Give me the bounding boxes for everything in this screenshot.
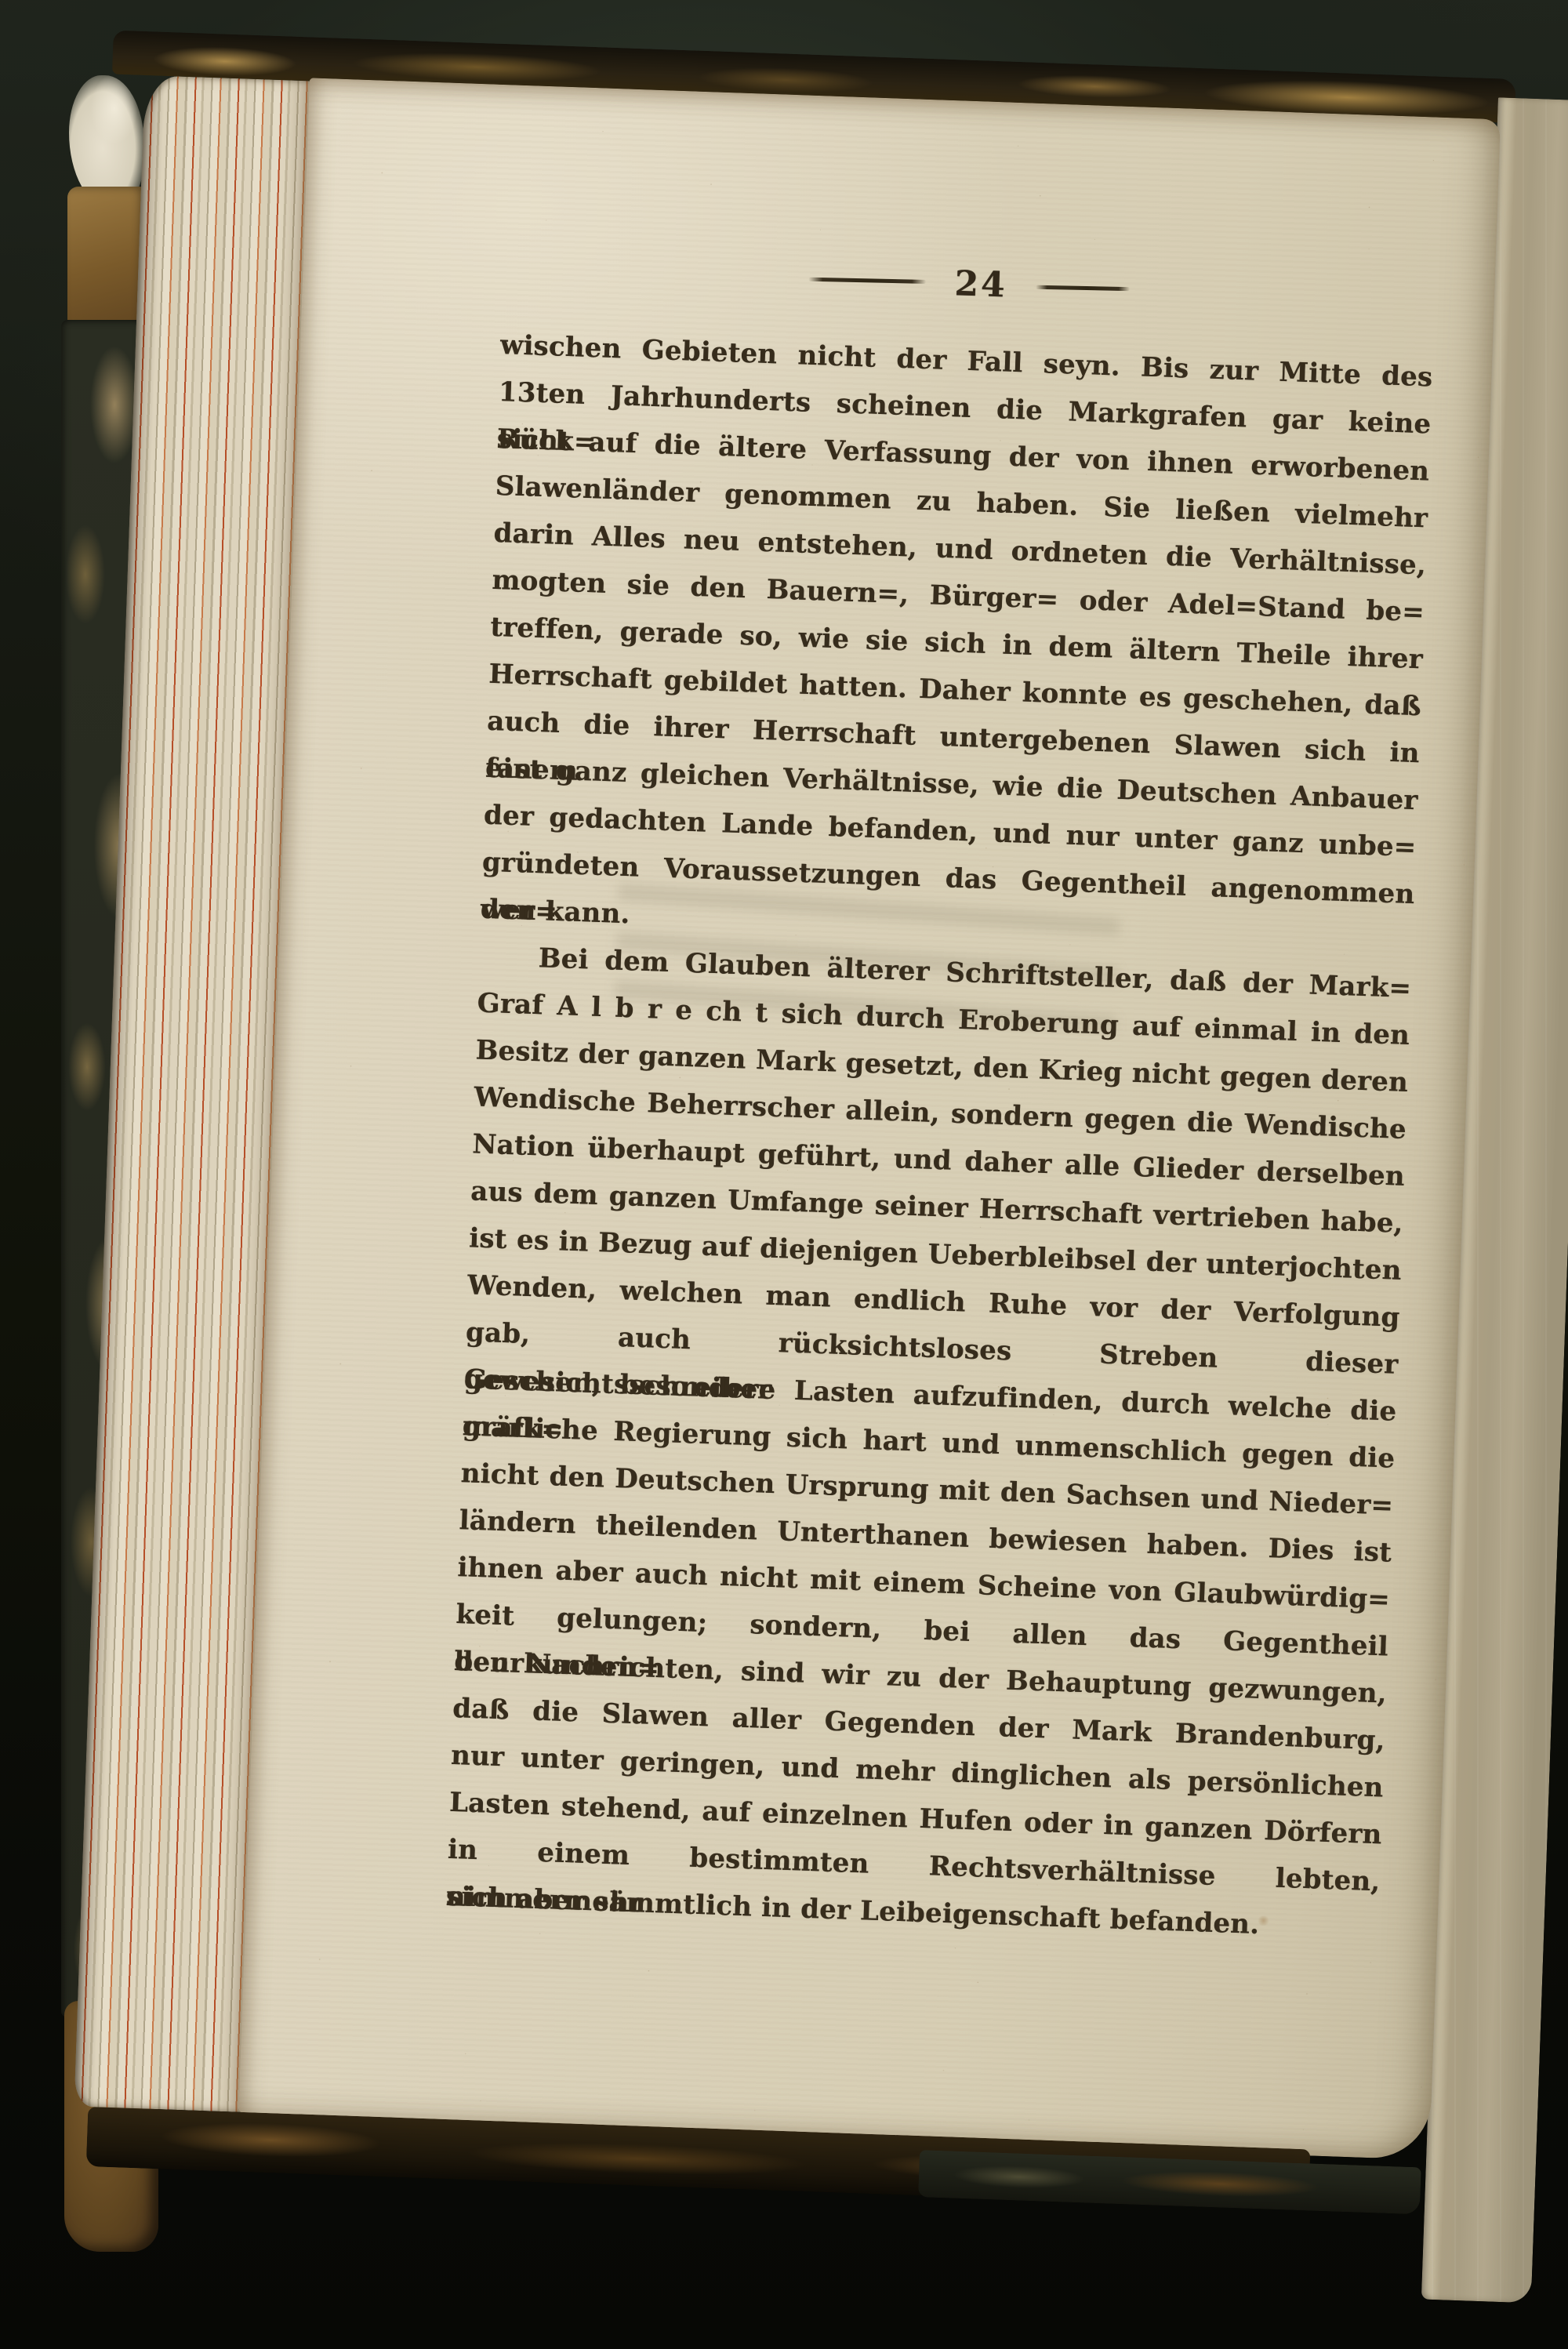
paragraph: wischen Gebieten nicht der Fall seyn. Bi… [480, 321, 1433, 965]
open-book: 24 wischen Gebieten nicht der Fall seyn.… [74, 72, 1568, 2165]
cover-leather-top-corner [67, 187, 147, 332]
page-number: 24 [954, 263, 1008, 305]
book-page: 24 wischen Gebieten nicht der Fall seyn.… [238, 78, 1501, 2159]
paragraph: Bei dem Glauben älterer Schriftsteller, … [445, 933, 1412, 1953]
text-block: wischen Gebieten nicht der Fall seyn. Bi… [445, 321, 1433, 1952]
page-number-rule-left [809, 277, 927, 283]
page-header: 24 [503, 245, 1436, 321]
page-number-rule-right [1036, 285, 1130, 291]
